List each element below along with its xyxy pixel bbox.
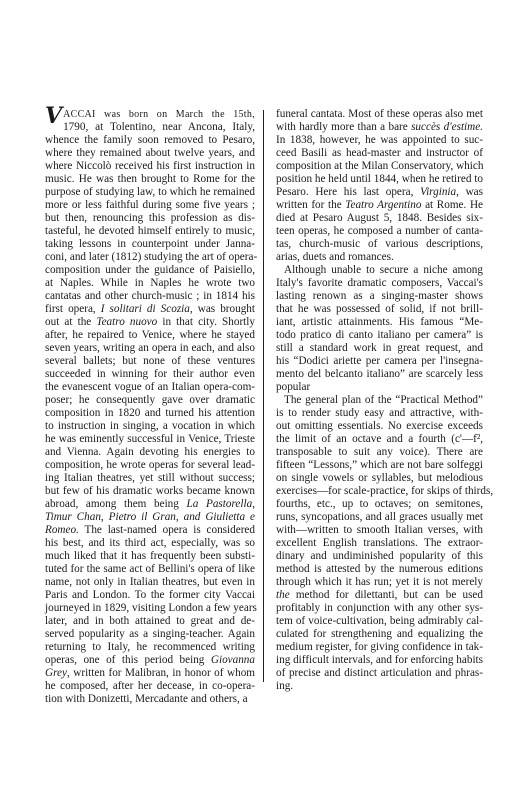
text-line: music. He was then brought to Rome for t… bbox=[45, 173, 255, 186]
text-line: to instruction in singing, a vocation in… bbox=[45, 420, 255, 433]
text-line: served popularity as a singing-teacher. … bbox=[45, 628, 255, 641]
text-line: tion with Donizetti, Mercadante and othe… bbox=[45, 693, 255, 706]
text-line: arias, duets and romances. bbox=[276, 251, 483, 264]
text-line: he was eminently successful in Venice, T… bbox=[45, 433, 255, 446]
first-line-text: ACCAI was born on March the 15th, bbox=[63, 109, 255, 120]
text-line: composition under the guidance of Paisie… bbox=[45, 264, 255, 277]
text-line: dinary and undiminished popularity of th… bbox=[276, 550, 483, 563]
text-line: the limit of an octave and a fourth (c'—… bbox=[276, 433, 483, 446]
text-line: coni, and later (1812) studying the art … bbox=[45, 251, 255, 264]
italic-title: Teatro nuovo bbox=[96, 316, 157, 328]
text-line: Although unable to secure a niche among bbox=[276, 264, 483, 277]
italic-title: Timur Chan, Pietro il Gran, and Giuliett… bbox=[45, 511, 255, 523]
text-line: more or less faithful during some five y… bbox=[45, 199, 255, 212]
text-line: died at Pesaro August 5, 1848. Besides s… bbox=[276, 212, 483, 225]
text-line: where they remained about twelve years, … bbox=[45, 147, 255, 160]
text-line: ing Italian theatres, yet still without … bbox=[45, 472, 255, 485]
drop-cap: V bbox=[45, 107, 62, 125]
text-line: ing. bbox=[276, 680, 483, 693]
text-line: position he held until 1844, when he ret… bbox=[276, 173, 483, 186]
text-line: lasting renown as a singing-master shows bbox=[276, 290, 483, 303]
left-column-lines: 1790, at Tolentino, near Ancona, Italy,w… bbox=[45, 121, 255, 706]
text-line: operas, one of this period being Giovann… bbox=[45, 654, 255, 667]
text-line: Italy's favorite dramatic composers, Vac… bbox=[276, 277, 483, 290]
text-line: poser; he consequently gave over dramati… bbox=[45, 394, 255, 407]
text-line: with hardly more than a bare succès d'es… bbox=[276, 121, 483, 134]
text-line: returning to Italy, he recommenced writi… bbox=[45, 641, 255, 654]
italic-title: succès d'estime. bbox=[411, 121, 483, 133]
text-line: tas, church-music of various description… bbox=[276, 238, 483, 251]
italic-title: Grey bbox=[45, 667, 67, 679]
text-line: Grey, written for Malibran, in honor of … bbox=[45, 667, 255, 680]
text-line: excellent English translations. The extr… bbox=[276, 537, 483, 550]
text-line: exercises—for scale-practice, for skips … bbox=[276, 485, 483, 498]
text-line: Paris and London. To the former city Vac… bbox=[45, 589, 255, 602]
text-line: out at the Teatro nuovo in that city. Sh… bbox=[45, 316, 255, 329]
text-line: Pesaro. Here his last opera, Virginia, w… bbox=[276, 186, 483, 199]
text-line: tasteful, he devoted himself entirely to… bbox=[45, 225, 255, 238]
text-line: later, and in both attained to great and… bbox=[45, 615, 255, 628]
text-line: seven years, writing an opera in each, a… bbox=[45, 342, 255, 355]
text-line: at Naples. While in Naples he wrote two bbox=[45, 277, 255, 290]
text-line: composition in 1820 and turned his atten… bbox=[45, 407, 255, 420]
text-line: method is attested by the numerous editi… bbox=[276, 563, 483, 576]
text-line: much liked that it has frequently been s… bbox=[45, 550, 255, 563]
text-line: 1790, at Tolentino, near Ancona, Italy, bbox=[45, 121, 255, 134]
text-line: where Niccolò received his first instruc… bbox=[45, 160, 255, 173]
text-line: culated for strengthening and equalizing… bbox=[276, 628, 483, 641]
text-line: but few of his dramatic works became kno… bbox=[45, 485, 255, 498]
italic-title: Romeo. bbox=[45, 524, 79, 536]
text-line: through which it has run; yet it is not … bbox=[276, 576, 483, 589]
italic-title: Teatro Argentino bbox=[345, 199, 421, 211]
text-line: The general plan of the “Practical Metho… bbox=[276, 394, 483, 407]
text-line: taking lessons in counterpoint under Jan… bbox=[45, 238, 255, 251]
text-line: profitably in conjunction with any other… bbox=[276, 602, 483, 615]
italic-title: I solitari di Scozia bbox=[101, 303, 190, 315]
text-line: ing difficult intervals, and for enforci… bbox=[276, 654, 483, 667]
text-line: cantatas and other church-music ; in 181… bbox=[45, 290, 255, 303]
text-line: Romeo. The last-named opera is considere… bbox=[45, 524, 255, 537]
right-column: funeral cantata. Most of these operas al… bbox=[276, 108, 483, 693]
text-line: that he was possessed of solid, if not b… bbox=[276, 303, 483, 316]
text-line: the method for dilettanti, but can be us… bbox=[276, 589, 483, 602]
text-line: ceed Basili as head-master and instructo… bbox=[276, 147, 483, 160]
text-line: on single vowels or syllables, but melod… bbox=[276, 472, 483, 485]
text-line: fifteen “Lessons,” which are not bare so… bbox=[276, 459, 483, 472]
text-line: fourths, etc., up to octaves; on semiton… bbox=[276, 498, 483, 511]
text-line: todo pratico di canto italiano per camer… bbox=[276, 329, 483, 342]
text-line: whence the family soon removed to Pesaro… bbox=[45, 134, 255, 147]
left-column: VACCAI was born on March the 15th, 1790,… bbox=[45, 108, 255, 706]
text-line: abroad, among them being La Pastorella, bbox=[45, 498, 255, 511]
text-line: and Vienna. Again devoting his energies … bbox=[45, 446, 255, 459]
text-line: written for the Teatro Argentino at Rome… bbox=[276, 199, 483, 212]
text-line: composition, he wrote operas for several… bbox=[45, 459, 255, 472]
text-line: purpose of studying law, to which he rem… bbox=[45, 186, 255, 199]
text-line: Timur Chan, Pietro il Gran, and Giuliett… bbox=[45, 511, 255, 524]
italic-title: the bbox=[276, 589, 290, 601]
italic-title: Giovanna bbox=[211, 654, 255, 666]
text-line: journeyed in 1829, visiting London a few… bbox=[45, 602, 255, 615]
text-line: medium register, for giving confidence i… bbox=[276, 641, 483, 654]
text-line: with—written to smooth Italian verses, w… bbox=[276, 524, 483, 537]
text-line: several ballets; but none of these ventu… bbox=[45, 355, 255, 368]
text-line: out omitting essentials. No exercise exc… bbox=[276, 420, 483, 433]
italic-title: Virginia, bbox=[420, 186, 459, 198]
text-line: iant, artistic attainments. His famous “… bbox=[276, 316, 483, 329]
text-line: succeeded in winning for their author ev… bbox=[45, 368, 255, 381]
column-divider bbox=[263, 110, 264, 682]
text-line: teen operas, he composed a number of can… bbox=[276, 225, 483, 238]
text-line: name, not only in Italian theatres, but … bbox=[45, 576, 255, 589]
text-line: funeral cantata. Most of these operas al… bbox=[276, 108, 483, 121]
text-line: his best, and its third act, especially,… bbox=[45, 537, 255, 550]
right-column-lines: funeral cantata. Most of these operas al… bbox=[276, 108, 483, 693]
text-line: he composed, after her decease, in co-op… bbox=[45, 680, 255, 693]
text-line: tem of voice-cultivation, being admirabl… bbox=[276, 615, 483, 628]
text-line: mento del belcanto italiano” are scarcel… bbox=[276, 368, 483, 381]
text-line: runs, syncopations, and all graces usual… bbox=[276, 511, 483, 524]
text-line: still a standard work in great request, … bbox=[276, 342, 483, 355]
first-line: VACCAI was born on March the 15th, bbox=[45, 108, 255, 121]
text-line: popular bbox=[276, 381, 483, 394]
text-line: In 1838, however, he was appointed to su… bbox=[276, 134, 483, 147]
text-line: after, he repaired to Venice, where he s… bbox=[45, 329, 255, 342]
text-line: transposable to suit any voice). There a… bbox=[276, 446, 483, 459]
text-line: tuted for the same act of Bellini's oper… bbox=[45, 563, 255, 576]
text-line: composition at the Milan Conservatory, w… bbox=[276, 160, 483, 173]
italic-title: La Pastorella, bbox=[187, 498, 255, 510]
text-line: the evanescent vogue of an Italian opera… bbox=[45, 381, 255, 394]
text-line: first opera, I solitari di Scozia, was b… bbox=[45, 303, 255, 316]
text-line: of precise and distinct articulation and… bbox=[276, 667, 483, 680]
text-line: is to render study easy and attractive, … bbox=[276, 407, 483, 420]
text-line: but then, renouncing this profession as … bbox=[45, 212, 255, 225]
text-line: his “Dodici ariette per camera per l'ins… bbox=[276, 355, 483, 368]
